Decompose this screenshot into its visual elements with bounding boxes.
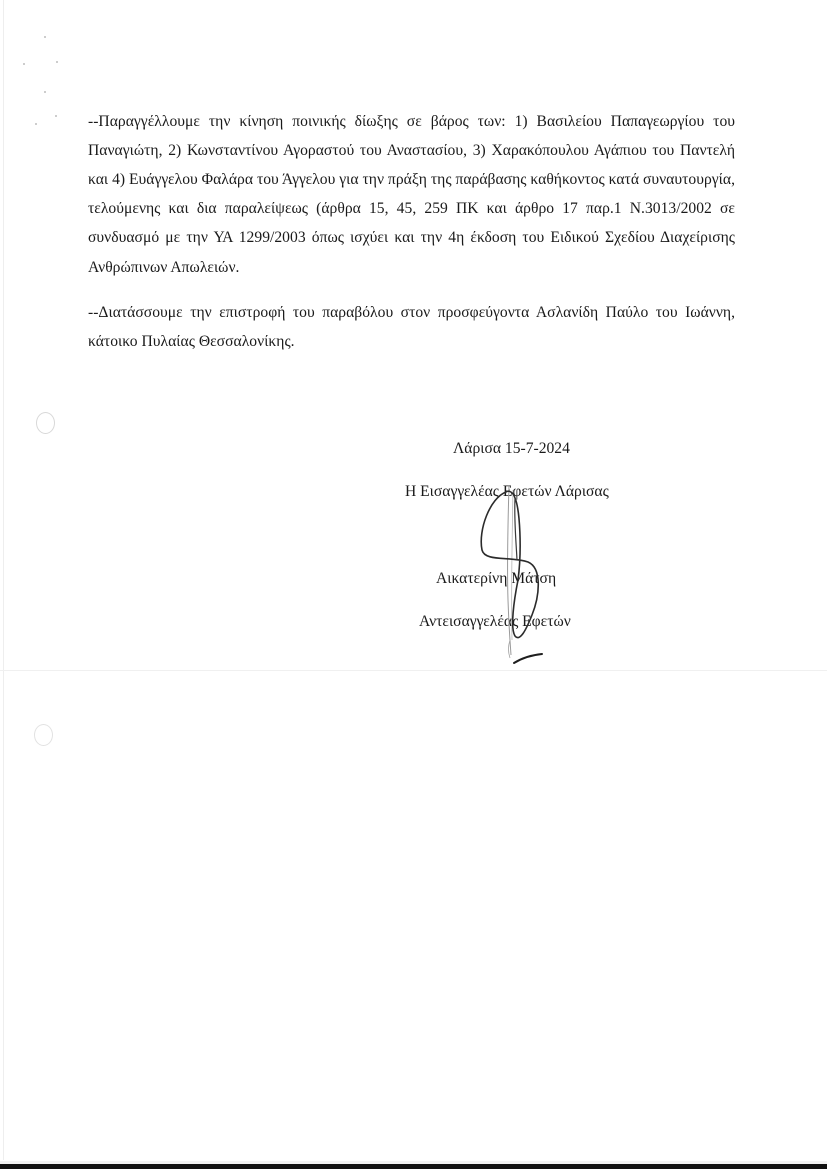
scanned-document-page: --Παραγγέλλουμε την κίνηση ποινικής δίωξ… (0, 0, 827, 1169)
scan-bottom-border (0, 1164, 827, 1169)
scan-speck (55, 115, 57, 117)
place-and-date: Λάρισα 15-7-2024 (453, 440, 570, 458)
scan-speck (44, 91, 46, 93)
scan-speck (35, 123, 37, 125)
paragraph-fee-refund-order: --Διατάσσουμε την επιστροφή του παραβόλο… (88, 298, 735, 356)
scan-left-edge (3, 0, 4, 1160)
signatory-office: Η Εισαγγελέας Εφετών Λάρισας (405, 483, 609, 501)
punch-hole (34, 724, 53, 746)
scan-speck (23, 63, 25, 65)
scan-speck (44, 36, 46, 38)
punch-hole (36, 412, 55, 434)
signatory-role: Αντεισαγγελέας Εφετών (419, 613, 571, 631)
scan-speck (56, 61, 58, 63)
page-fold-line (0, 670, 827, 671)
signatory-name: Αικατερίνη Μάτση (436, 570, 556, 588)
paragraph-prosecution-order: --Παραγγέλλουμε την κίνηση ποινικής δίωξ… (88, 107, 735, 282)
